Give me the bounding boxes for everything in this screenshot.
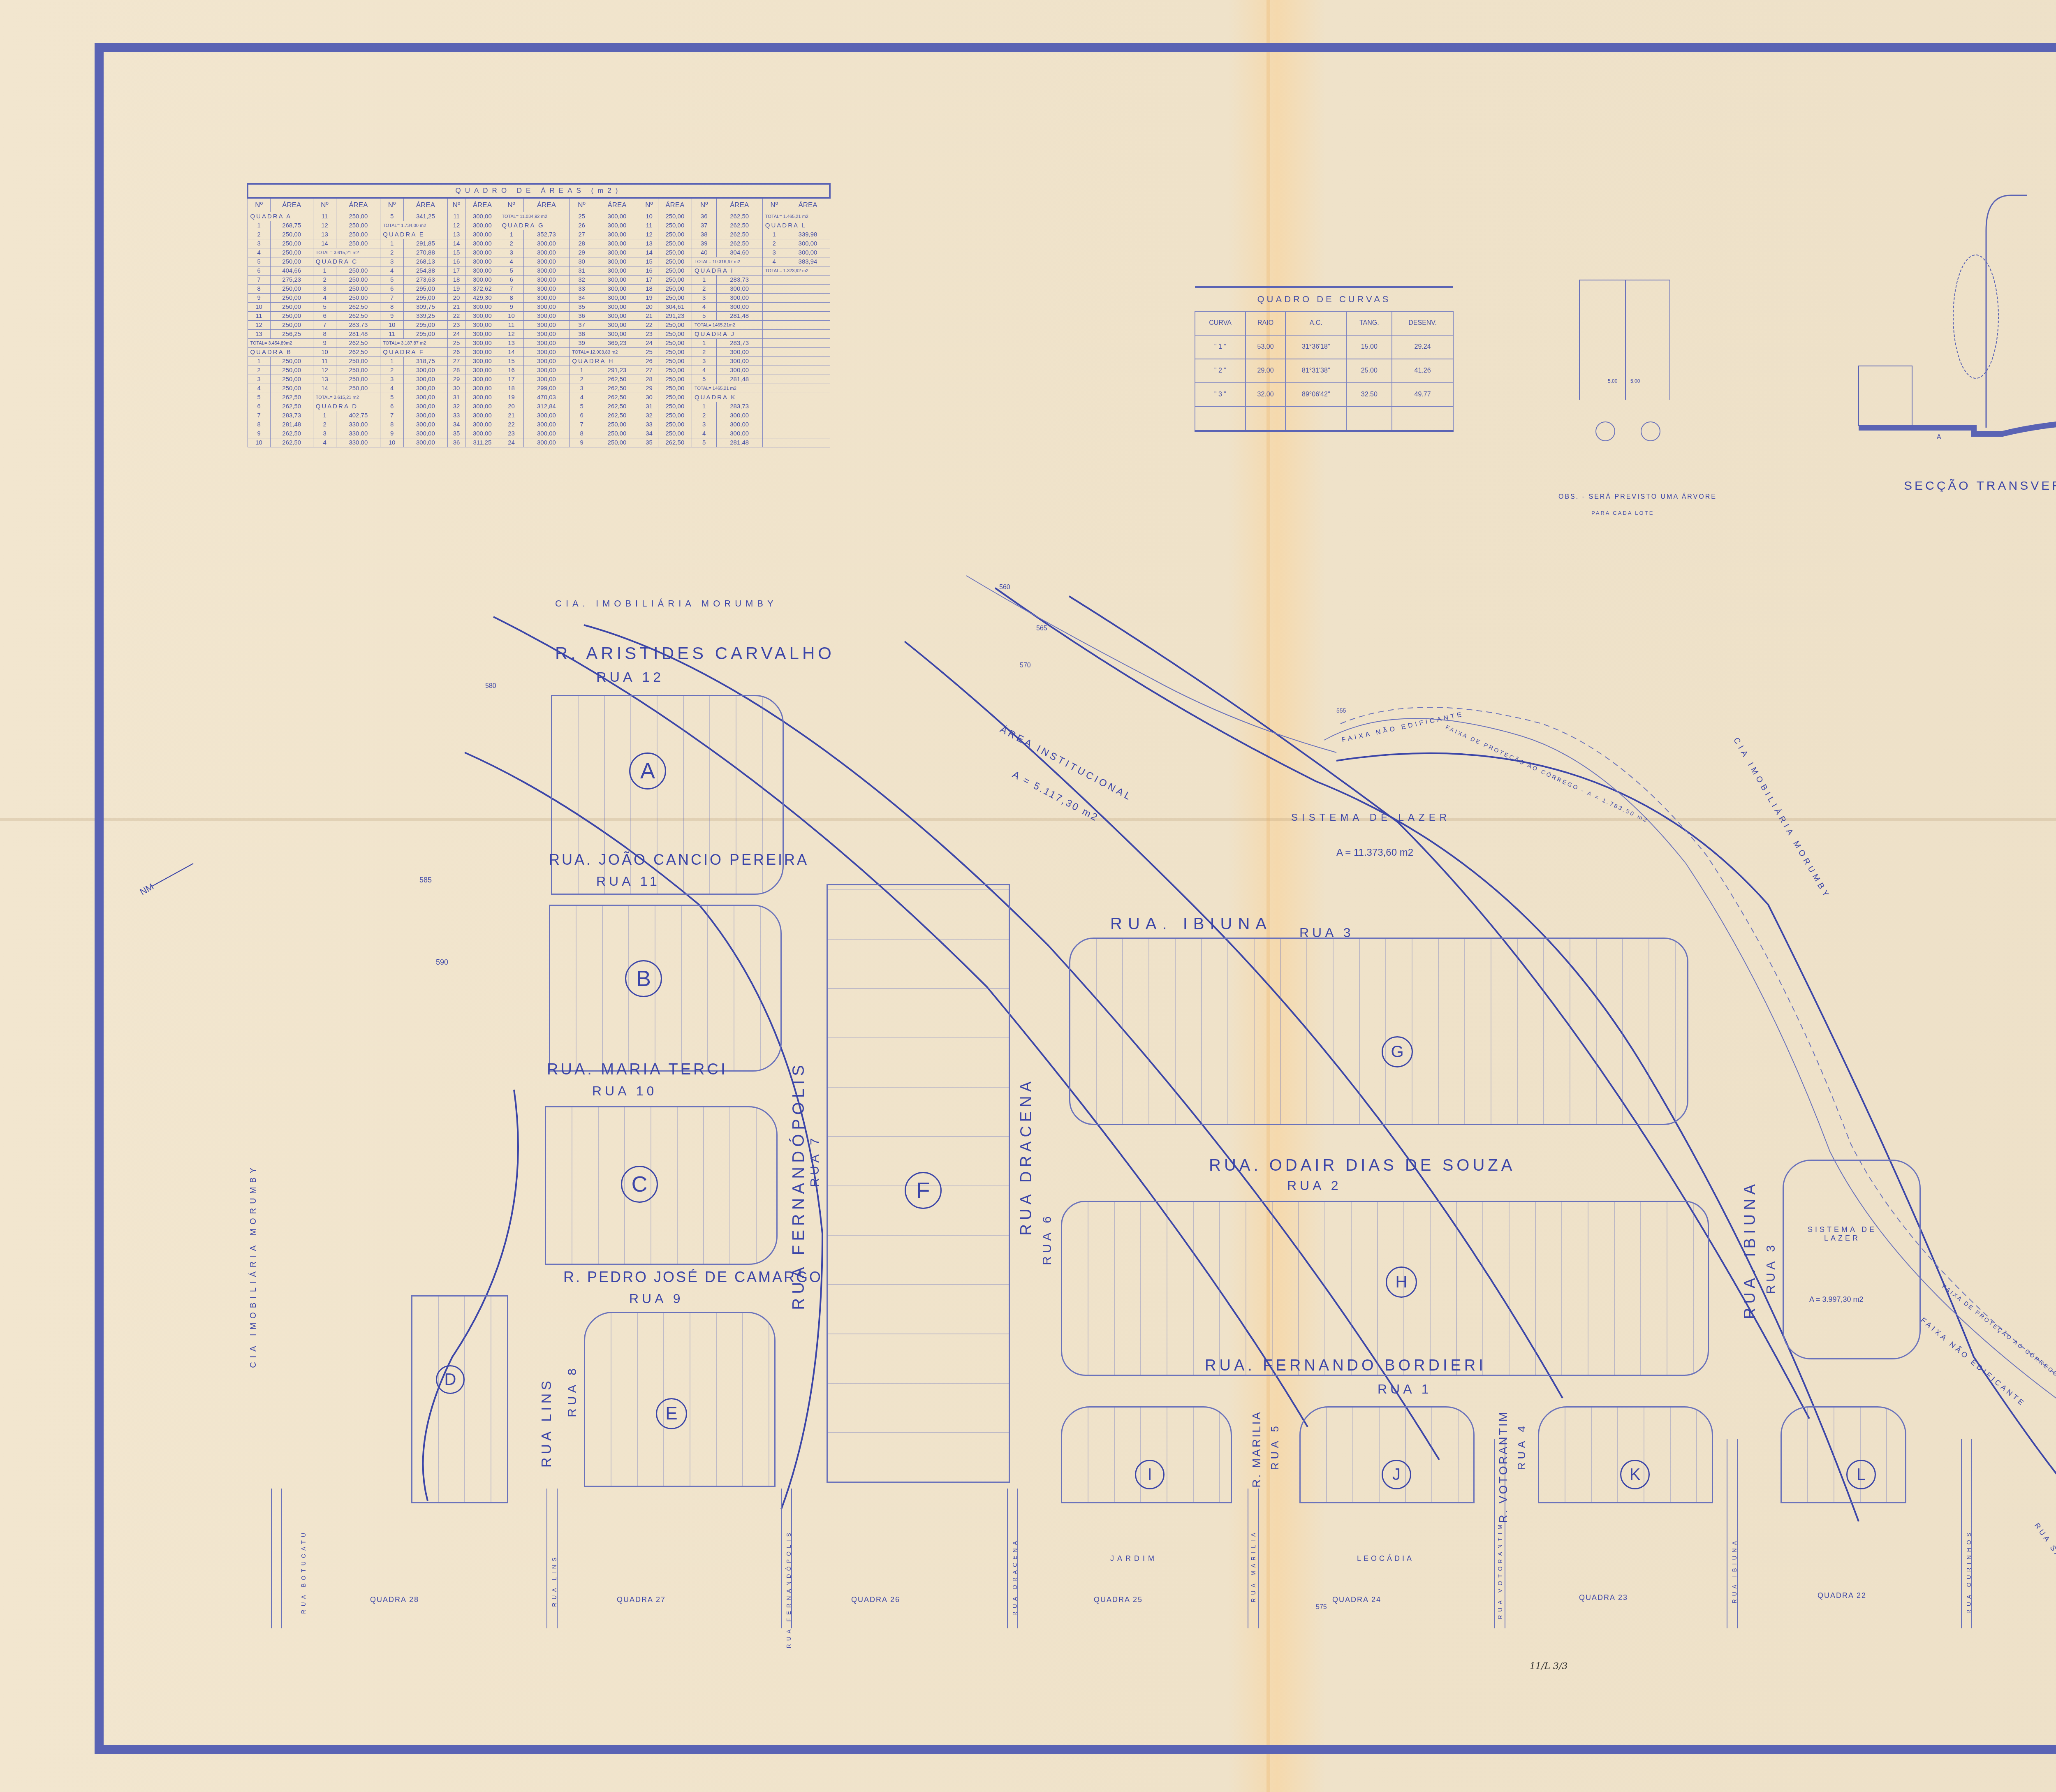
block-g xyxy=(1069,938,1688,1125)
contour-label-585: 585 xyxy=(419,876,432,884)
street-votorantim-bottom: RUA VOTORANTIM xyxy=(1497,1521,1503,1619)
leisure-area-block xyxy=(1783,1160,1921,1359)
neighbor-owner-left: CIA IMOBILIÁRIA MORUMBY xyxy=(249,1164,258,1368)
street-rua-3-top: RUA 3 xyxy=(1299,925,1354,940)
section-title: SECÇÃO TRANSVERSAL DE RUA - xyxy=(1904,479,2056,493)
contour-label-560: 560 xyxy=(999,584,1010,591)
leisure-area-1-label: SISTEMA DE LAZER xyxy=(1291,812,1451,824)
street-botucatu: RUA BOTUCATU xyxy=(300,1530,307,1614)
street-lins-bottom: RUA LINS xyxy=(551,1554,558,1607)
quadra-b-marker: B xyxy=(625,960,662,997)
leisure-area-1-value: A = 11.373,60 m2 xyxy=(1336,847,1413,859)
quadra-c-marker: C xyxy=(621,1166,658,1203)
block-h xyxy=(1061,1201,1709,1376)
block-j xyxy=(1299,1406,1475,1503)
neighbor-owner-top: CIA. IMOBILIÁRIA MORUMBY xyxy=(555,598,778,609)
quadra-j-marker: J xyxy=(1382,1460,1411,1489)
street-dracena-bottom: RUA DRACENA xyxy=(1012,1538,1018,1616)
street-lins: RUA LINS xyxy=(539,1378,555,1468)
block-e xyxy=(584,1312,776,1487)
street-marilia: R. MARILIA xyxy=(1250,1410,1263,1488)
street-dracena: RUA DRACENA xyxy=(1018,1077,1035,1236)
street-odair-dias-de-souza: RUA. ODAIR DIAS DE SOUZA xyxy=(1209,1156,1515,1175)
drawing-lines xyxy=(0,0,2056,1792)
quadra-23-label: QUADRA 23 xyxy=(1579,1593,1628,1602)
quadra-l-marker: L xyxy=(1846,1460,1876,1489)
street-fernando-bordieri: RUA. FERNANDO BORDIERI xyxy=(1205,1357,1486,1375)
contour-label-590: 590 xyxy=(436,958,448,967)
street-rua-3-right: RUA 3 xyxy=(1764,1242,1778,1294)
section-dim-a: A xyxy=(1937,434,1941,441)
street-rua-12: RUA 12 xyxy=(596,669,664,685)
street-marilia-bottom: RUA MARILIA xyxy=(1250,1530,1257,1602)
street-rua-1: RUA 1 xyxy=(1378,1382,1432,1397)
contour-label-570: 570 xyxy=(1020,662,1031,669)
leisure-area-2-value: A = 3.997,30 m2 xyxy=(1809,1295,1864,1304)
handwritten-note: 11/L 3/3 xyxy=(1530,1661,1567,1672)
street-maria-terci: RUA. MARIA TERCI xyxy=(547,1061,727,1079)
quadra-g-marker: G xyxy=(1382,1036,1413,1067)
street-ibiuna-right: RUA. IBIUNA xyxy=(1741,1180,1759,1319)
block-c xyxy=(545,1106,778,1265)
block-l xyxy=(1780,1406,1906,1503)
north-arrow-line xyxy=(152,864,193,886)
quadra-d-marker: D xyxy=(436,1365,465,1394)
quadra-h-marker: H xyxy=(1386,1266,1417,1298)
quadra-22-label: QUADRA 22 xyxy=(1818,1591,1866,1600)
street-rua-7: RUA 7 xyxy=(808,1135,822,1187)
street-rua-9: RUA 9 xyxy=(629,1291,683,1306)
contour-label-580: 580 xyxy=(485,683,496,690)
street-aristides-carvalho: R. ARISTIDES CARVALHO xyxy=(555,644,835,663)
quadra-24-label: QUADRA 24 xyxy=(1332,1595,1381,1604)
street-joao-cancio-pereira: RUA. JOÃO CANCIO PEREIRA xyxy=(549,851,809,868)
leisure-area-2-label: SISTEMA DE LAZER xyxy=(1805,1225,1879,1243)
quadra-28-label: QUADRA 28 xyxy=(370,1595,419,1604)
street-ourinhos-bottom: RUA OURINHOS xyxy=(1966,1530,1972,1614)
contour-label-575: 575 xyxy=(1316,1604,1327,1611)
contour-label-555: 555 xyxy=(1336,707,1346,714)
contour-label-565: 565 xyxy=(1036,625,1047,632)
street-section-graphic xyxy=(1859,195,2056,434)
street-ibiuna-bottom: RUA IBIUNA xyxy=(1731,1538,1738,1603)
quadra-a-marker: A xyxy=(629,752,666,789)
street-votorantim: R. VOTORANTIM xyxy=(1497,1410,1510,1523)
quadra-26-label: QUADRA 26 xyxy=(851,1595,900,1604)
jardim-label: JARDIM xyxy=(1110,1554,1158,1563)
street-rua-5: RUA 5 xyxy=(1269,1423,1281,1470)
street-rua-2: RUA 2 xyxy=(1287,1178,1341,1193)
quadra-f-marker: F xyxy=(905,1172,942,1209)
street-rua-10: RUA 10 xyxy=(592,1084,657,1099)
block-d xyxy=(411,1295,508,1503)
street-pedro-jose-de-camargo: R. PEDRO JOSÉ DE CAMARGO xyxy=(563,1269,822,1286)
quadra-k-marker: K xyxy=(1620,1460,1650,1489)
street-rua-11: RUA 11 xyxy=(596,874,660,889)
quadra-25-label: QUADRA 25 xyxy=(1094,1595,1143,1604)
street-ibiuna-top: RUA. IBIUNA xyxy=(1110,915,1272,933)
street-rua-4: RUA 4 xyxy=(1515,1423,1528,1470)
quadra-27-label: QUADRA 27 xyxy=(617,1595,666,1604)
quadra-i-marker: I xyxy=(1135,1460,1165,1489)
street-rua-8: RUA 8 xyxy=(565,1365,579,1417)
block-k xyxy=(1538,1406,1713,1503)
street-fernandopolis: RUA FERNANDÓPOLIS xyxy=(790,1061,808,1310)
leocadia-label: LEOCÁDIA xyxy=(1357,1554,1414,1563)
street-fernandopolis-bottom: RUA FERNANDÓPOLIS xyxy=(785,1530,792,1648)
quadra-e-marker: E xyxy=(656,1398,687,1429)
block-b xyxy=(549,905,782,1072)
street-rua-6: RUA 6 xyxy=(1040,1213,1054,1265)
